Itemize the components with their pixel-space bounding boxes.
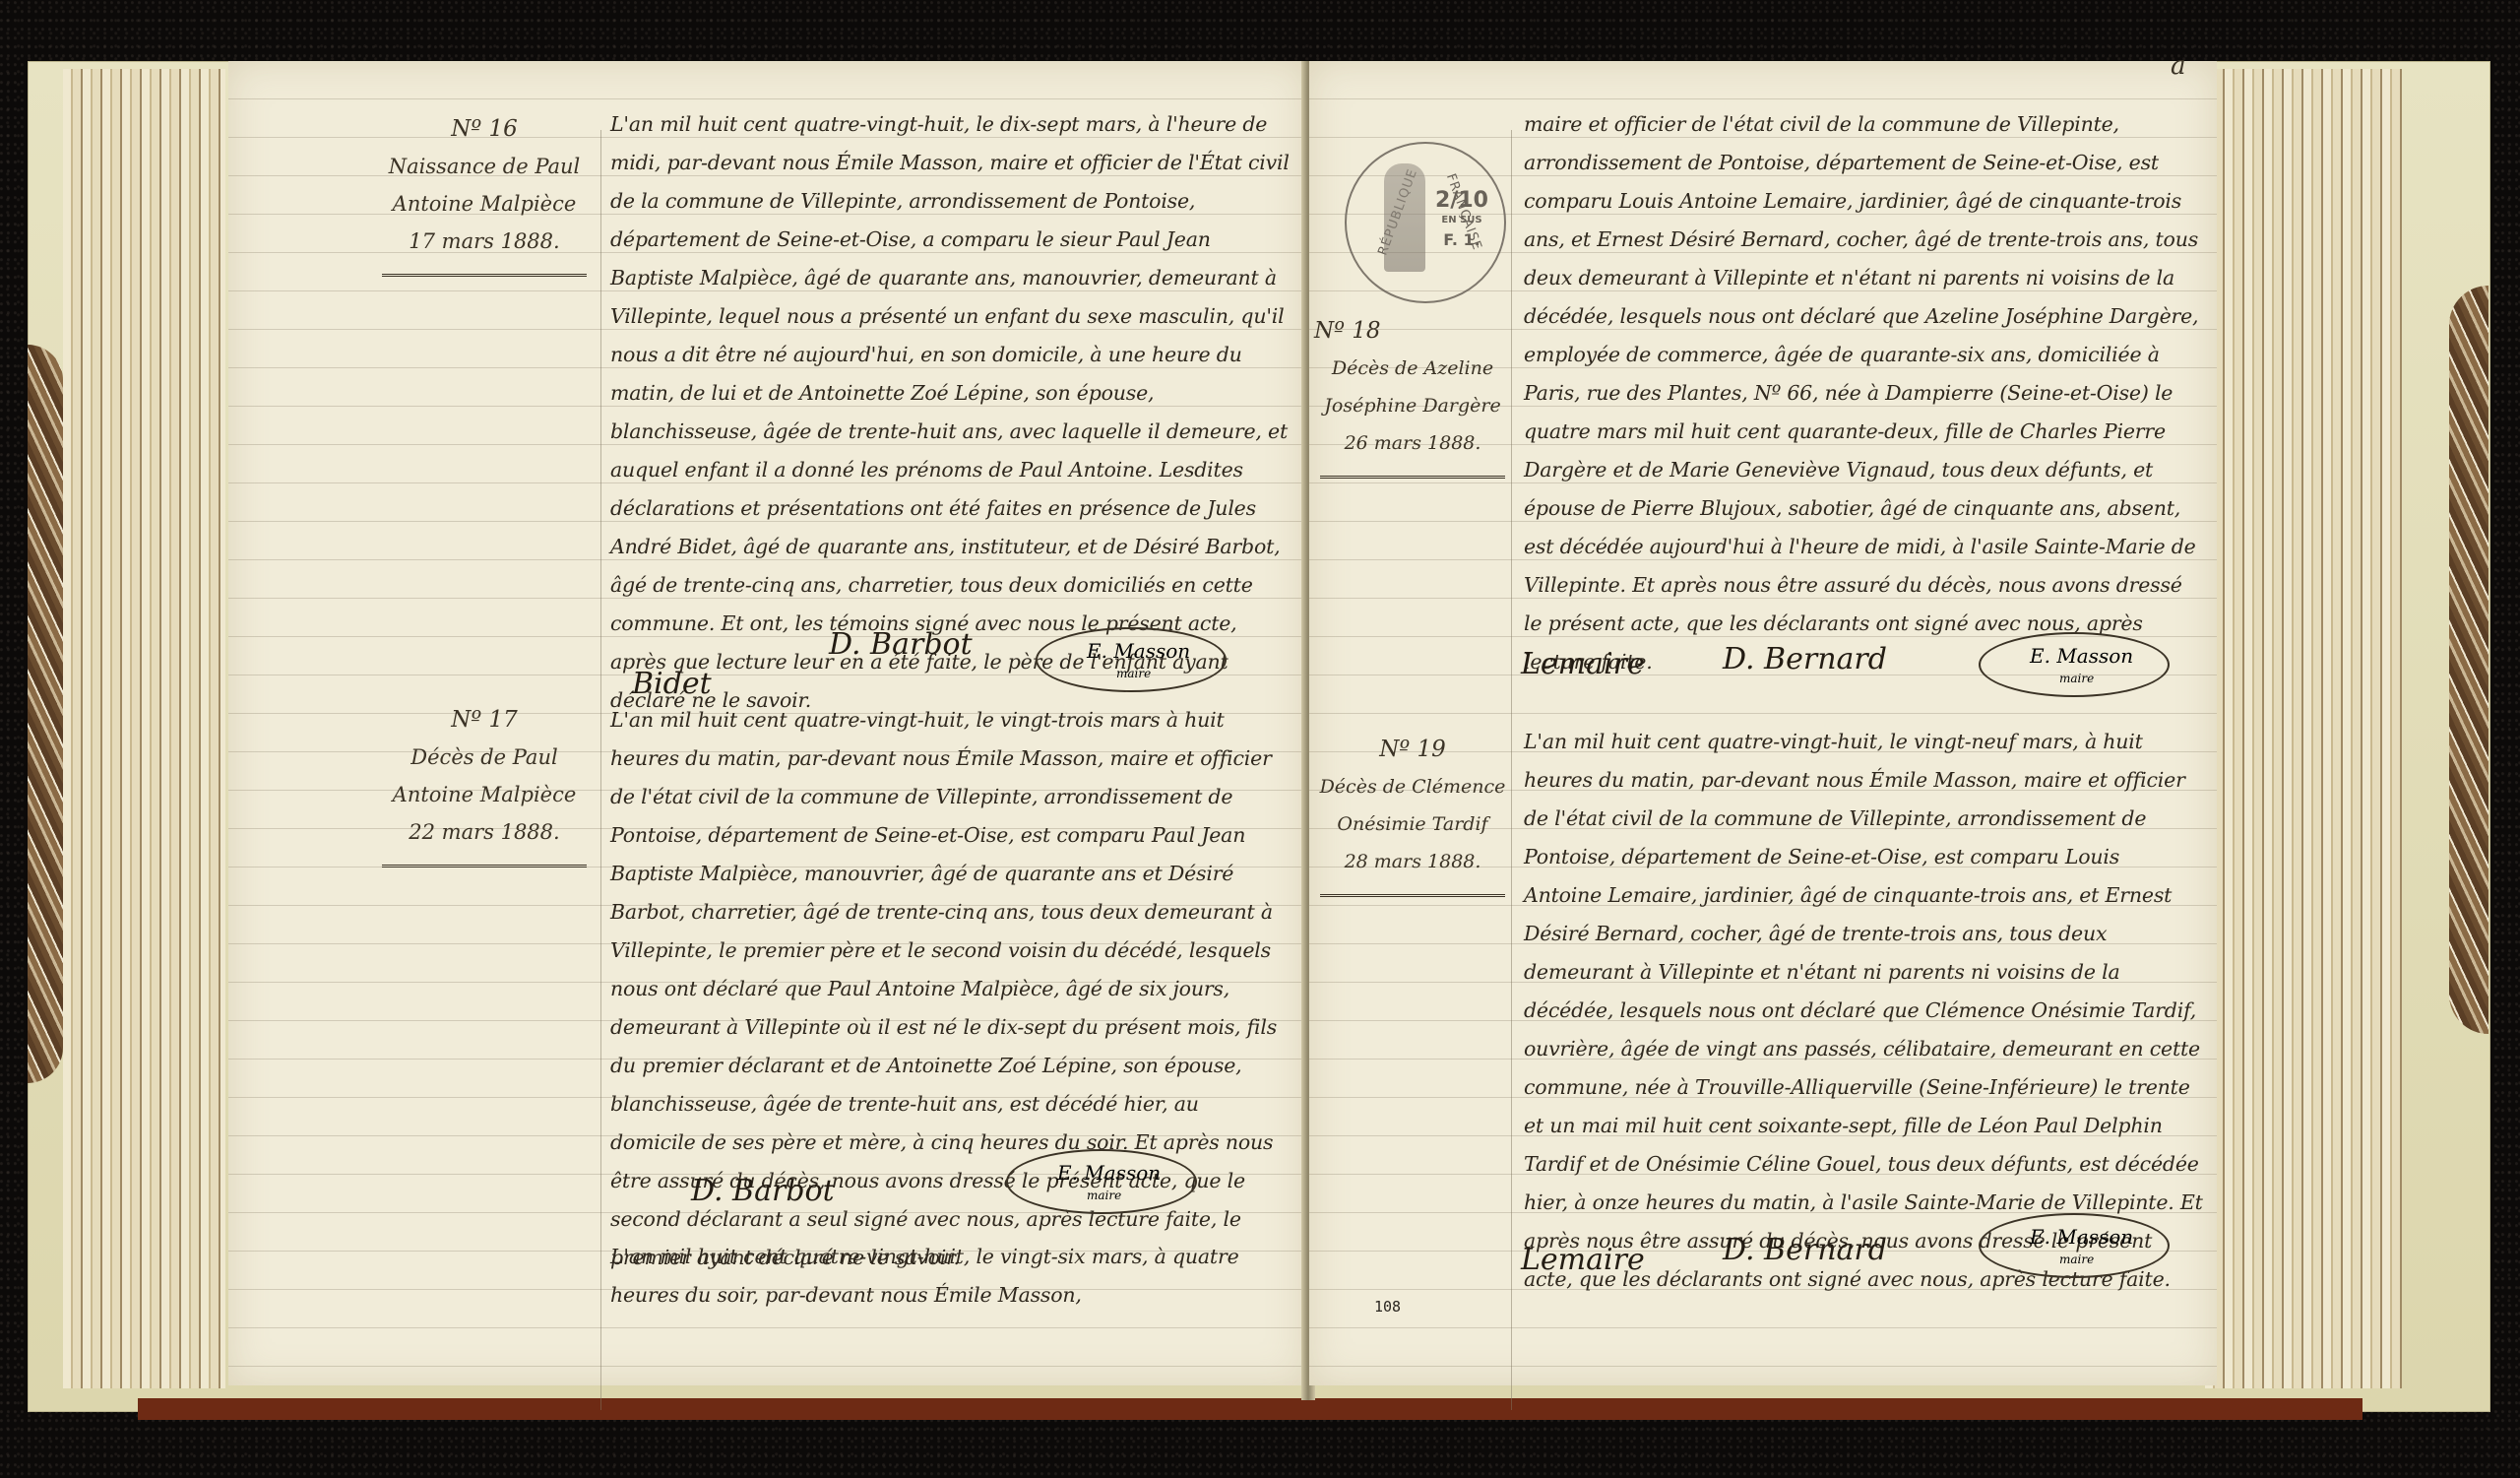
margin-rule xyxy=(600,130,601,1410)
margin-entry-19: Nº 19 Décès de Clémence Onésimie Tardif … xyxy=(1314,731,1511,897)
entry-18-text-start: L'an mil huit cent quatre-vingt-huit, le… xyxy=(610,1238,1290,1315)
entry-underline xyxy=(1320,472,1505,479)
marbled-edge-left xyxy=(28,345,63,1083)
signature-bernard: D. Bernard xyxy=(1723,1233,1887,1267)
margin-entry-18: Nº 18 Décès de Azeline Joséphine Dargère… xyxy=(1314,312,1511,479)
entry-number: Nº 18 xyxy=(1314,312,1511,350)
mayor-signature-seal: E. Masson maire xyxy=(1036,627,1227,692)
entry-underline xyxy=(382,861,587,868)
entry-date: 22 mars 1888. xyxy=(376,813,593,851)
margin-entry-17: Nº 17 Décès de Paul Antoine Malpièce 22 … xyxy=(376,701,593,868)
entry-number: Nº 16 xyxy=(376,110,593,148)
corner-annotation: a xyxy=(2171,51,2186,81)
entry-18-text: maire et officier de l'état civil de la … xyxy=(1524,105,2203,681)
mayor-signature-seal: E. Masson maire xyxy=(1006,1149,1197,1214)
entry-title: Décès de Clémence xyxy=(1314,768,1511,805)
signature-bernard: D. Bernard xyxy=(1723,642,1887,676)
entry-underline xyxy=(382,270,587,277)
entry-19-text: L'an mil huit cent quatre-vingt-huit, le… xyxy=(1524,723,2203,1299)
left-page: Nº 16 Naissance de Paul Antoine Malpièce… xyxy=(228,61,1306,1385)
entry-underline xyxy=(1320,890,1505,897)
entry-number: Nº 17 xyxy=(376,701,593,739)
signature-lemaire: Lemaire xyxy=(1521,1243,1645,1277)
signature-barbot: D. Barbot xyxy=(829,627,973,662)
signature-bidet: Bidet xyxy=(632,667,712,701)
entry-title: Décès de Paul xyxy=(376,739,593,776)
entry-title: Décès de Azeline xyxy=(1314,350,1511,387)
entry-number: Nº 19 xyxy=(1314,731,1511,768)
page-number: 108 xyxy=(1374,1298,1401,1316)
right-page: RÉPUBLIQUE FRANÇAISE 2/10 EN SUS F. 1. N… xyxy=(1309,61,2217,1385)
page-stack-left xyxy=(63,69,225,1388)
tax-stamp-seal: RÉPUBLIQUE FRANÇAISE 2/10 EN SUS F. 1. xyxy=(1345,142,1506,303)
margin-rule xyxy=(1511,130,1512,1410)
mayor-signature-seal: E. Masson maire xyxy=(1979,1213,2170,1278)
entry-date: 28 mars 1888. xyxy=(1314,843,1511,880)
mayor-signature-seal: E. Masson maire xyxy=(1979,632,2170,697)
margin-entry-16: Nº 16 Naissance de Paul Antoine Malpièce… xyxy=(376,110,593,277)
signature-lemaire: Lemaire xyxy=(1521,647,1645,681)
entry-name: Onésimie Tardif xyxy=(1314,805,1511,843)
entry-name: Joséphine Dargère xyxy=(1314,387,1511,424)
entry-name: Antoine Malpièce xyxy=(376,776,593,813)
entry-name: Antoine Malpièce xyxy=(376,185,593,223)
entry-date: 17 mars 1888. xyxy=(376,223,593,260)
page-stack-right xyxy=(2205,69,2402,1388)
entry-date: 26 mars 1888. xyxy=(1314,424,1511,462)
entry-title: Naissance de Paul xyxy=(376,148,593,185)
marianne-figure-icon xyxy=(1384,163,1425,272)
marbled-edge-right xyxy=(2449,286,2488,1034)
binding-bottom-band xyxy=(138,1398,2362,1420)
signature-barbot: D. Barbot xyxy=(691,1174,835,1208)
